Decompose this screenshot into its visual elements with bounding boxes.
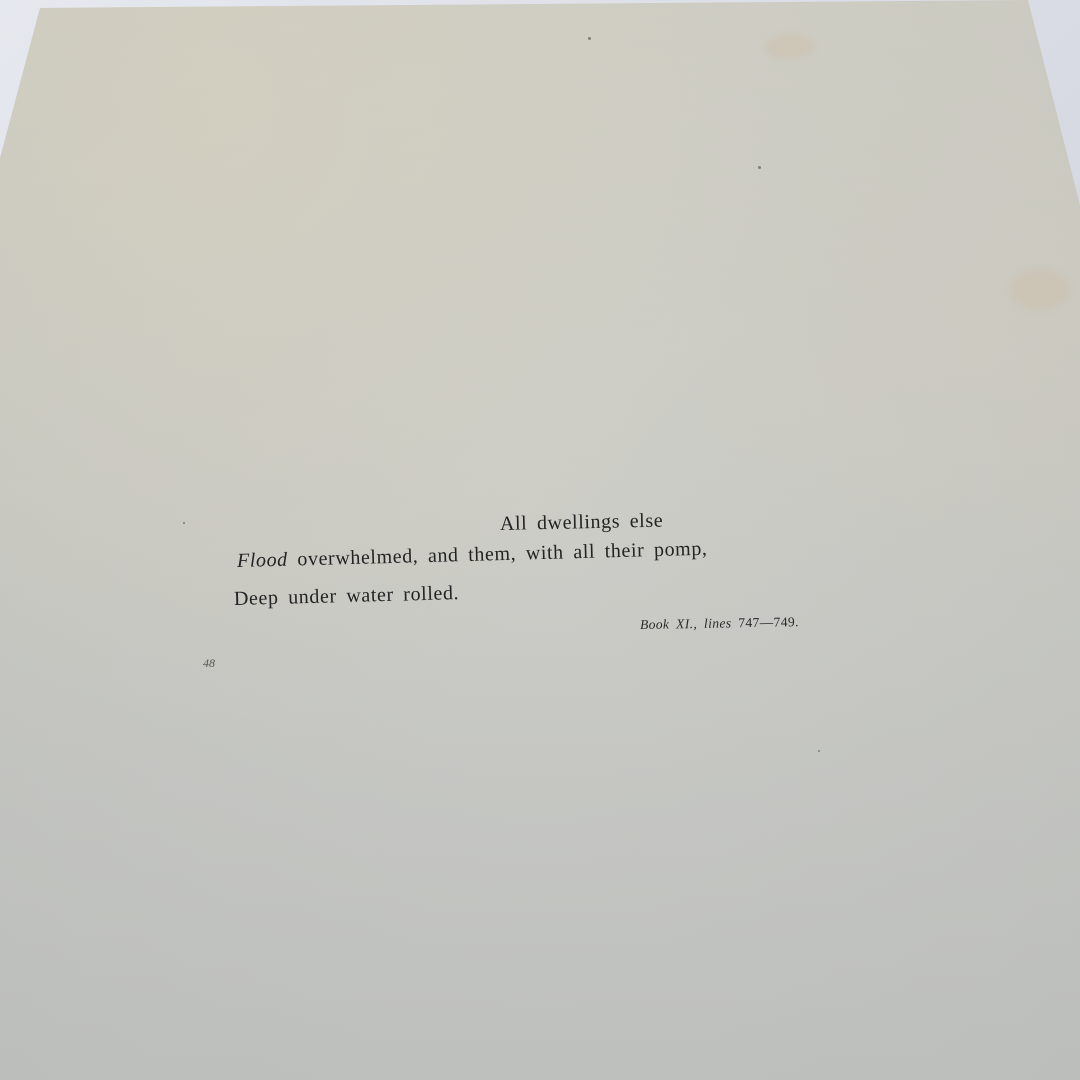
quote-line-2: Flood overwhelmed, and them, with all th… [237,538,708,573]
citation-range: 747—749. [738,614,799,630]
page-speck [588,37,591,40]
page-speck [818,750,820,752]
page-stain [765,35,815,59]
quote-line-1: All dwellings else [500,510,664,536]
quote-line-2-first-word: Flood [237,549,288,572]
citation-book: Book XI., lines [640,615,732,632]
citation: Book XI., lines 747—749. [640,614,799,633]
book-page: All dwellings else Flood overwhelmed, an… [0,0,1080,1080]
page-speck [183,522,185,524]
page-number: 48 [203,656,215,671]
quote-line-2-rest: overwhelmed, and them, with all their po… [297,538,708,571]
quote-line-3: Deep under water rolled. [234,582,460,611]
page-stain [1010,270,1070,310]
page-speck [758,166,761,169]
